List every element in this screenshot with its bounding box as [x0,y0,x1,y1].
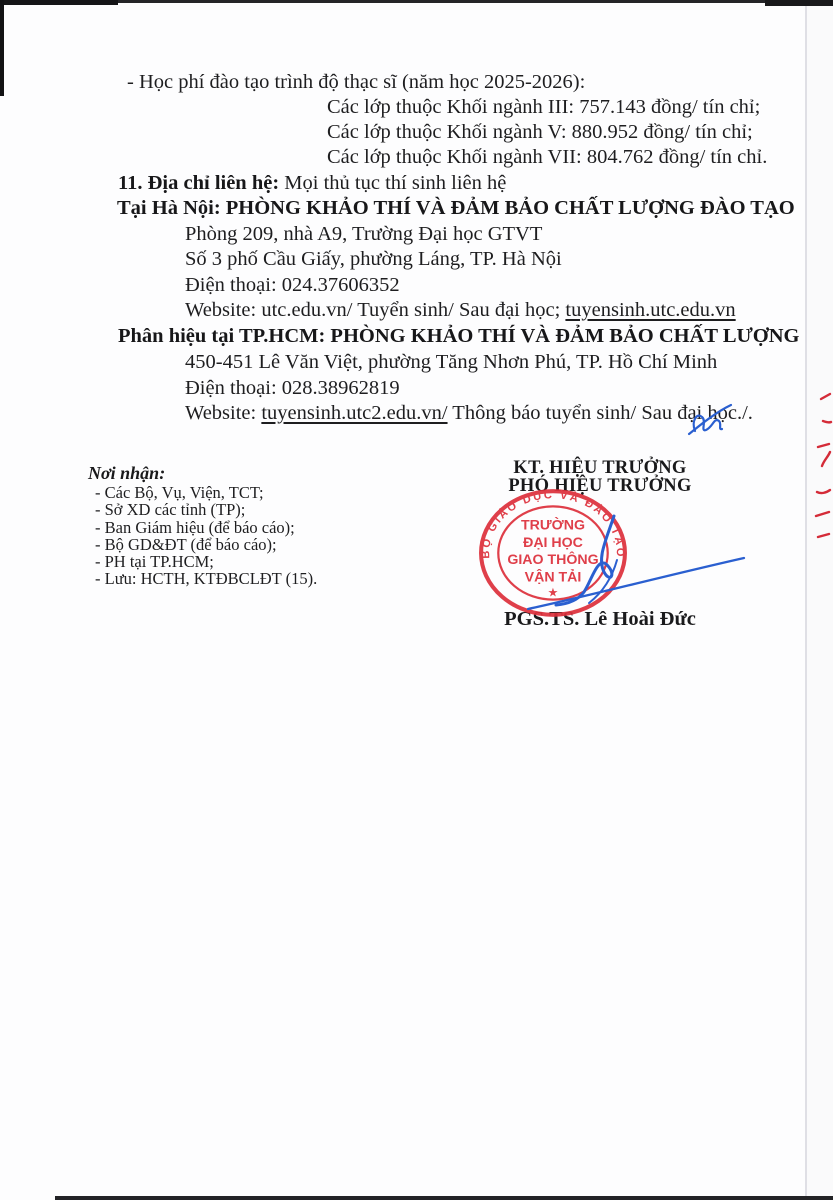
stamp-center-line: ĐẠI HỌC [523,535,583,551]
hanoi-office-title: Tại Hà Nội: PHÒNG KHẢO THÍ VÀ ĐẢM BẢO CH… [117,196,795,220]
scan-right-strip [807,0,833,1200]
hcm-phone-line: Điện thoại: 028.38962819 [185,376,400,400]
hcm-website-line: Website: tuyensinh.utc2.edu.vn/ Thông bá… [185,401,753,425]
recipient-item: - Ban Giám hiệu (để báo cáo); [95,519,317,536]
scan-edge-bottom [55,1196,833,1200]
recipients-block: Nơi nhận: - Các Bộ, Vụ, Viện, TCT; - Sở … [88,463,317,588]
scanned-document-page: - Học phí đào tạo trình độ thạc sĩ (năm … [0,0,833,1200]
scan-fold-line [805,6,807,1197]
fee-line: Các lớp thuộc Khối ngành VII: 804.762 đồ… [327,145,767,169]
hanoi-website-prefix: Website: utc.edu.vn/ Tuyển sinh/ Sau đại… [185,299,565,321]
stamp-center-line: TRƯỜNG [521,516,585,534]
scan-edge-left [0,0,4,96]
hanoi-website-link: tuyensinh.utc.edu.vn [565,299,735,321]
fee-intro-line: - Học phí đào tạo trình độ thạc sĩ (năm … [127,70,585,94]
stamp-star-icon: ★ [548,586,559,600]
recipients-heading: Nơi nhận: [88,463,317,484]
hanoi-room-line: Phòng 209, nhà A9, Trường Đại học GTVT [185,222,542,246]
scan-edge-top-right [765,0,833,6]
recipient-item: - PH tại TP.HCM; [95,553,317,570]
recipient-item: - Sở XD các tỉnh (TP); [95,501,317,518]
fee-line: Các lớp thuộc Khối ngành III: 757.143 đồ… [327,95,760,119]
recipient-item: - Bộ GD&ĐT (để báo cáo); [95,536,317,553]
signer-role-line1: KT. HIỆU TRƯỞNG [452,460,748,478]
hanoi-phone-line: Điện thoại: 024.37606352 [185,273,400,297]
hanoi-street-line: Số 3 phố Cầu Giấy, phường Láng, TP. Hà N… [185,247,562,271]
contact-section-number: 11. Địa chỉ liên hệ: [118,172,279,194]
hanoi-website-line: Website: utc.edu.vn/ Tuyển sinh/ Sau đại… [185,298,736,322]
recipient-item: - Lưu: HCTH, KTĐBCLĐT (15). [95,570,317,587]
scan-edge-top-left [0,0,118,5]
stamp-center-line: VẬN TẢI [525,567,582,585]
hcm-street-line: 450-451 Lê Văn Việt, phường Tăng Nhơn Ph… [185,350,717,374]
official-red-stamp: BỘ GIÁO DỤC VÀ ĐÀO TẠO TRƯỜNG ĐẠI HỌC GI… [477,487,629,619]
hcm-website-suffix: Thông báo tuyển sinh/ Sau đại học./. [448,402,753,424]
contact-section-heading: 11. Địa chỉ liên hệ: Mọi thủ tục thí sin… [118,171,506,195]
hcm-website-prefix: Website: [185,402,261,424]
stamp-center-line: GIAO THÔNG [507,550,598,568]
hcm-website-link: tuyensinh.utc2.edu.vn/ [261,402,447,424]
hcm-office-title: Phân hiệu tại TP.HCM: PHÒNG KHẢO THÍ VÀ … [118,324,800,348]
scan-edge-top [0,0,833,3]
fee-line: Các lớp thuộc Khối ngành V: 880.952 đồng… [327,120,753,144]
recipient-item: - Các Bộ, Vụ, Viện, TCT; [95,484,317,501]
contact-section-heading-rest: Mọi thủ tục thí sinh liên hệ [279,172,506,194]
